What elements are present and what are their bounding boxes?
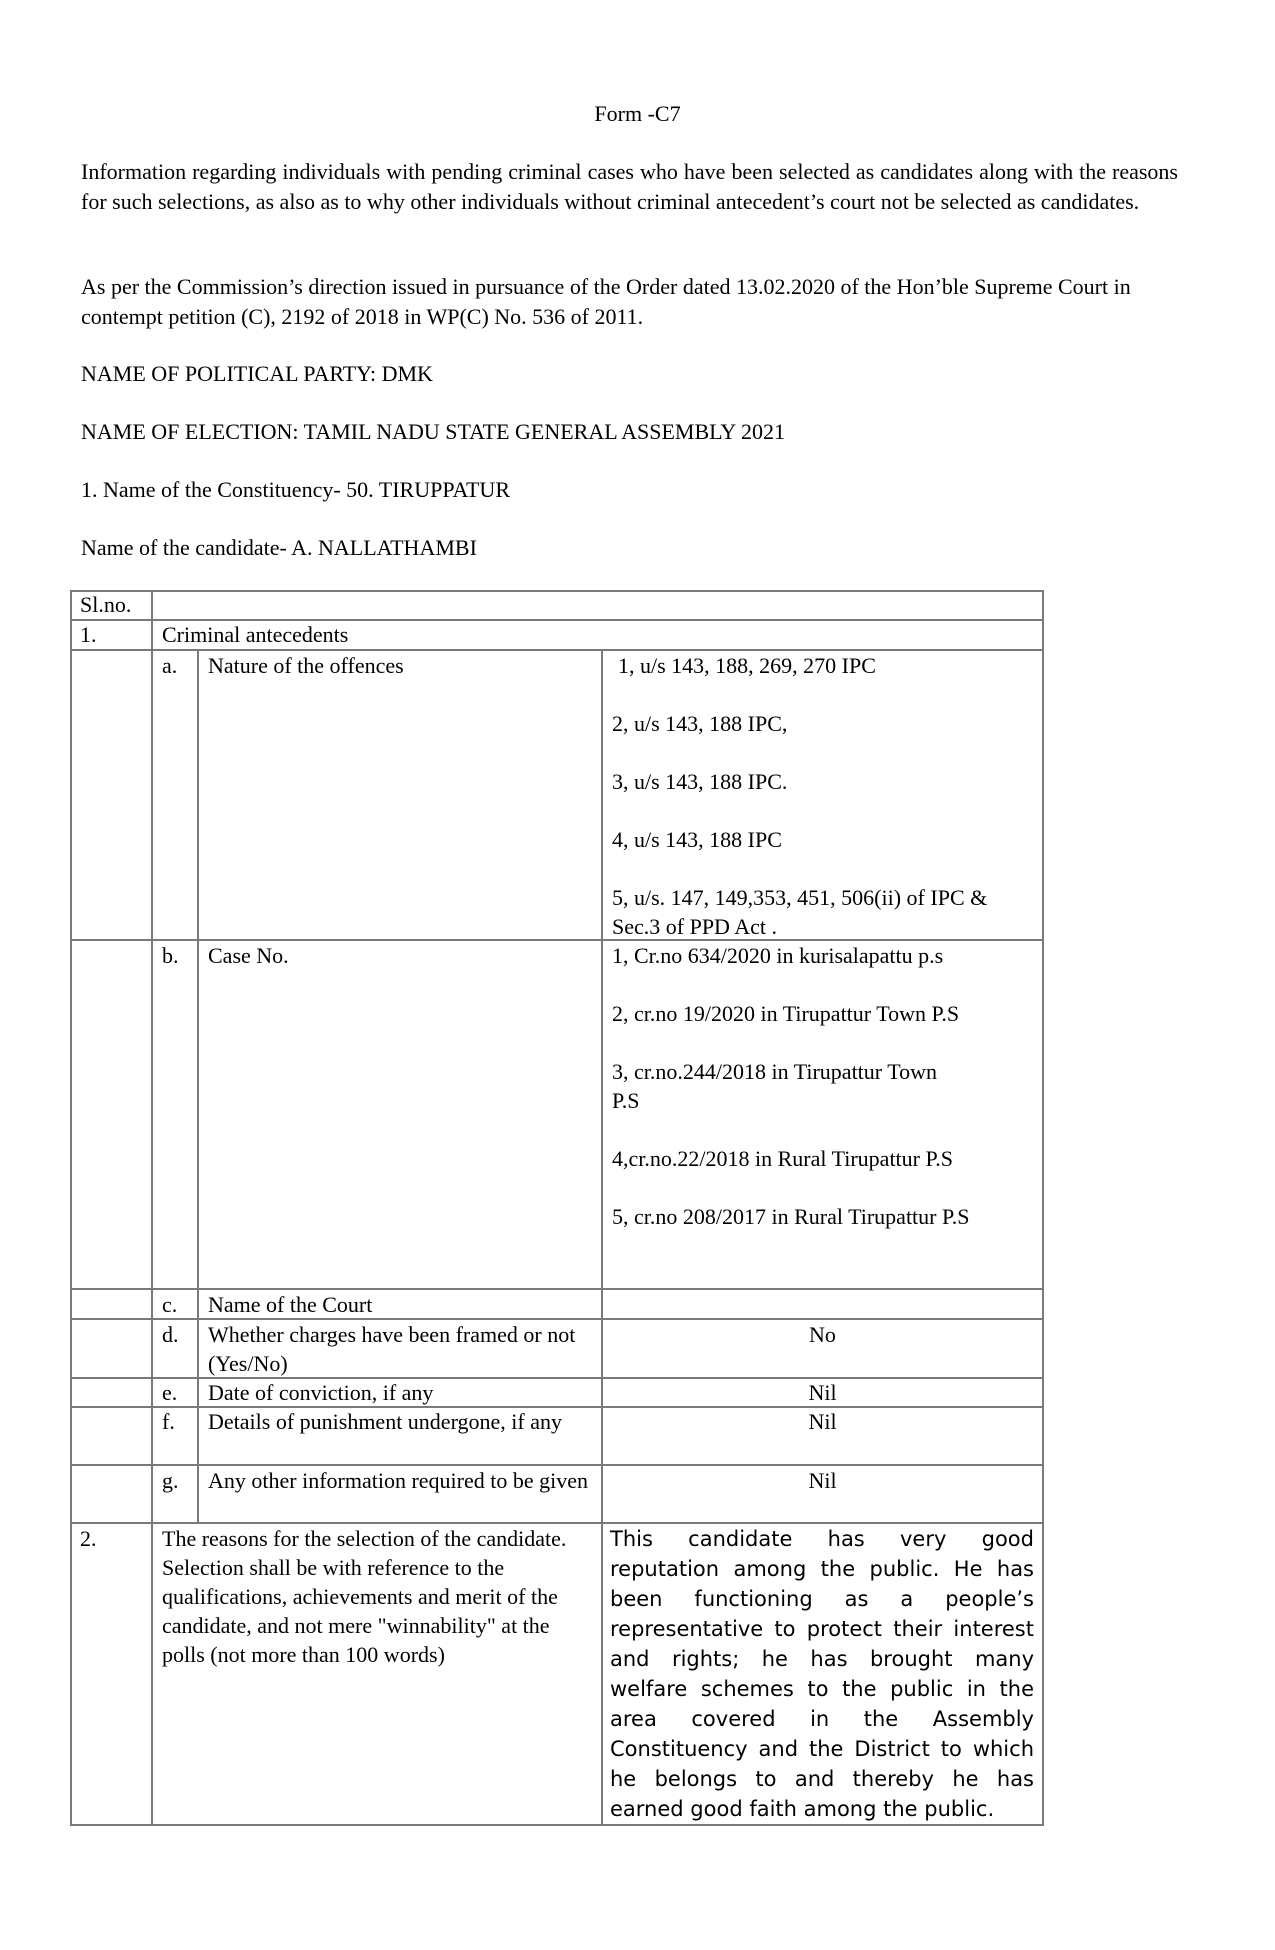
slno-header: Sl.no. [80,590,131,619]
case-number-item: 1, Cr.no 634/2020 in kurisalapattu p.s [612,941,1032,970]
row-g-letter: g. [162,1466,198,1495]
case-number-list: 1, Cr.no 634/2020 in kurisalapattu p.s 2… [612,941,1032,1231]
election-name: NAME OF ELECTION: TAMIL NADU STATE GENER… [81,417,785,446]
constituency-name: 1. Name of the Constituency- 50. TIRUPPA… [81,475,510,504]
row-d-label: Whether charges have been framed or not … [208,1320,588,1378]
row-a-label: Nature of the offences [208,651,588,680]
row-f-letter: f. [162,1407,198,1436]
section-2-number: 2. [80,1524,97,1553]
offence-list: 1, u/s 143, 188, 269, 270 IPC [618,651,1038,709]
row-d-value: No [601,1320,1044,1349]
selection-reason-text: This candidate has very good reputation … [610,1524,1034,1824]
row-b-letter: b. [162,941,198,970]
row-d-letter: d. [162,1320,198,1349]
intro-paragraph: Information regarding individuals with p… [81,157,1178,217]
section-1-title: Criminal antecedents [162,620,348,649]
party-name: NAME OF POLITICAL PARTY: DMK [81,359,433,388]
section-1-number: 1. [80,620,97,649]
case-number-item: 3, cr.no.244/2018 in Tirupattur Town P.S [612,1057,942,1115]
row-e-value: Nil [601,1378,1044,1407]
row-a-letter: a. [162,651,198,680]
section-2-label: The reasons for the selection of the can… [162,1524,594,1669]
case-number-item: 5, cr.no 208/2017 in Rural Tirupattur P.… [612,1202,1032,1231]
offence-item: 1, u/s 143, 188, 269, 270 IPC [618,651,1038,680]
row-c-label: Name of the Court [208,1290,588,1319]
candidate-name: Name of the candidate- A. NALLATHAMBI [81,533,477,562]
offence-item: 2, u/s 143, 188 IPC, [612,709,1032,738]
row-g-label: Any other information required to be giv… [208,1466,588,1495]
case-number-item: 4,cr.no.22/2018 in Rural Tirupattur P.S [612,1144,1032,1173]
offence-item: 4, u/s 143, 188 IPC [612,825,1032,854]
offence-item: 3, u/s 143, 188 IPC. [612,767,1032,796]
offence-item: 5, u/s. 147, 149,353, 451, 506(ii) of IP… [612,883,1022,941]
row-c-letter: c. [162,1290,198,1319]
directive-paragraph: As per the Commission’s direction issued… [81,272,1178,332]
row-e-label: Date of conviction, if any [208,1378,588,1407]
row-g-value: Nil [601,1466,1044,1495]
case-number-item: 2, cr.no 19/2020 in Tirupattur Town P.S [612,999,1032,1028]
form-title: Form -C7 [0,99,1275,128]
row-b-label: Case No. [208,941,588,970]
row-f-value: Nil [601,1407,1044,1436]
offence-list-cont: 2, u/s 143, 188 IPC, 3, u/s 143, 188 IPC… [612,709,1032,941]
criminal-antecedents-table: Sl.no. 1. Criminal antecedents a. Nature… [70,590,1044,1825]
row-e-letter: e. [162,1378,198,1407]
row-f-label: Details of punishment undergone, if any [208,1407,588,1436]
